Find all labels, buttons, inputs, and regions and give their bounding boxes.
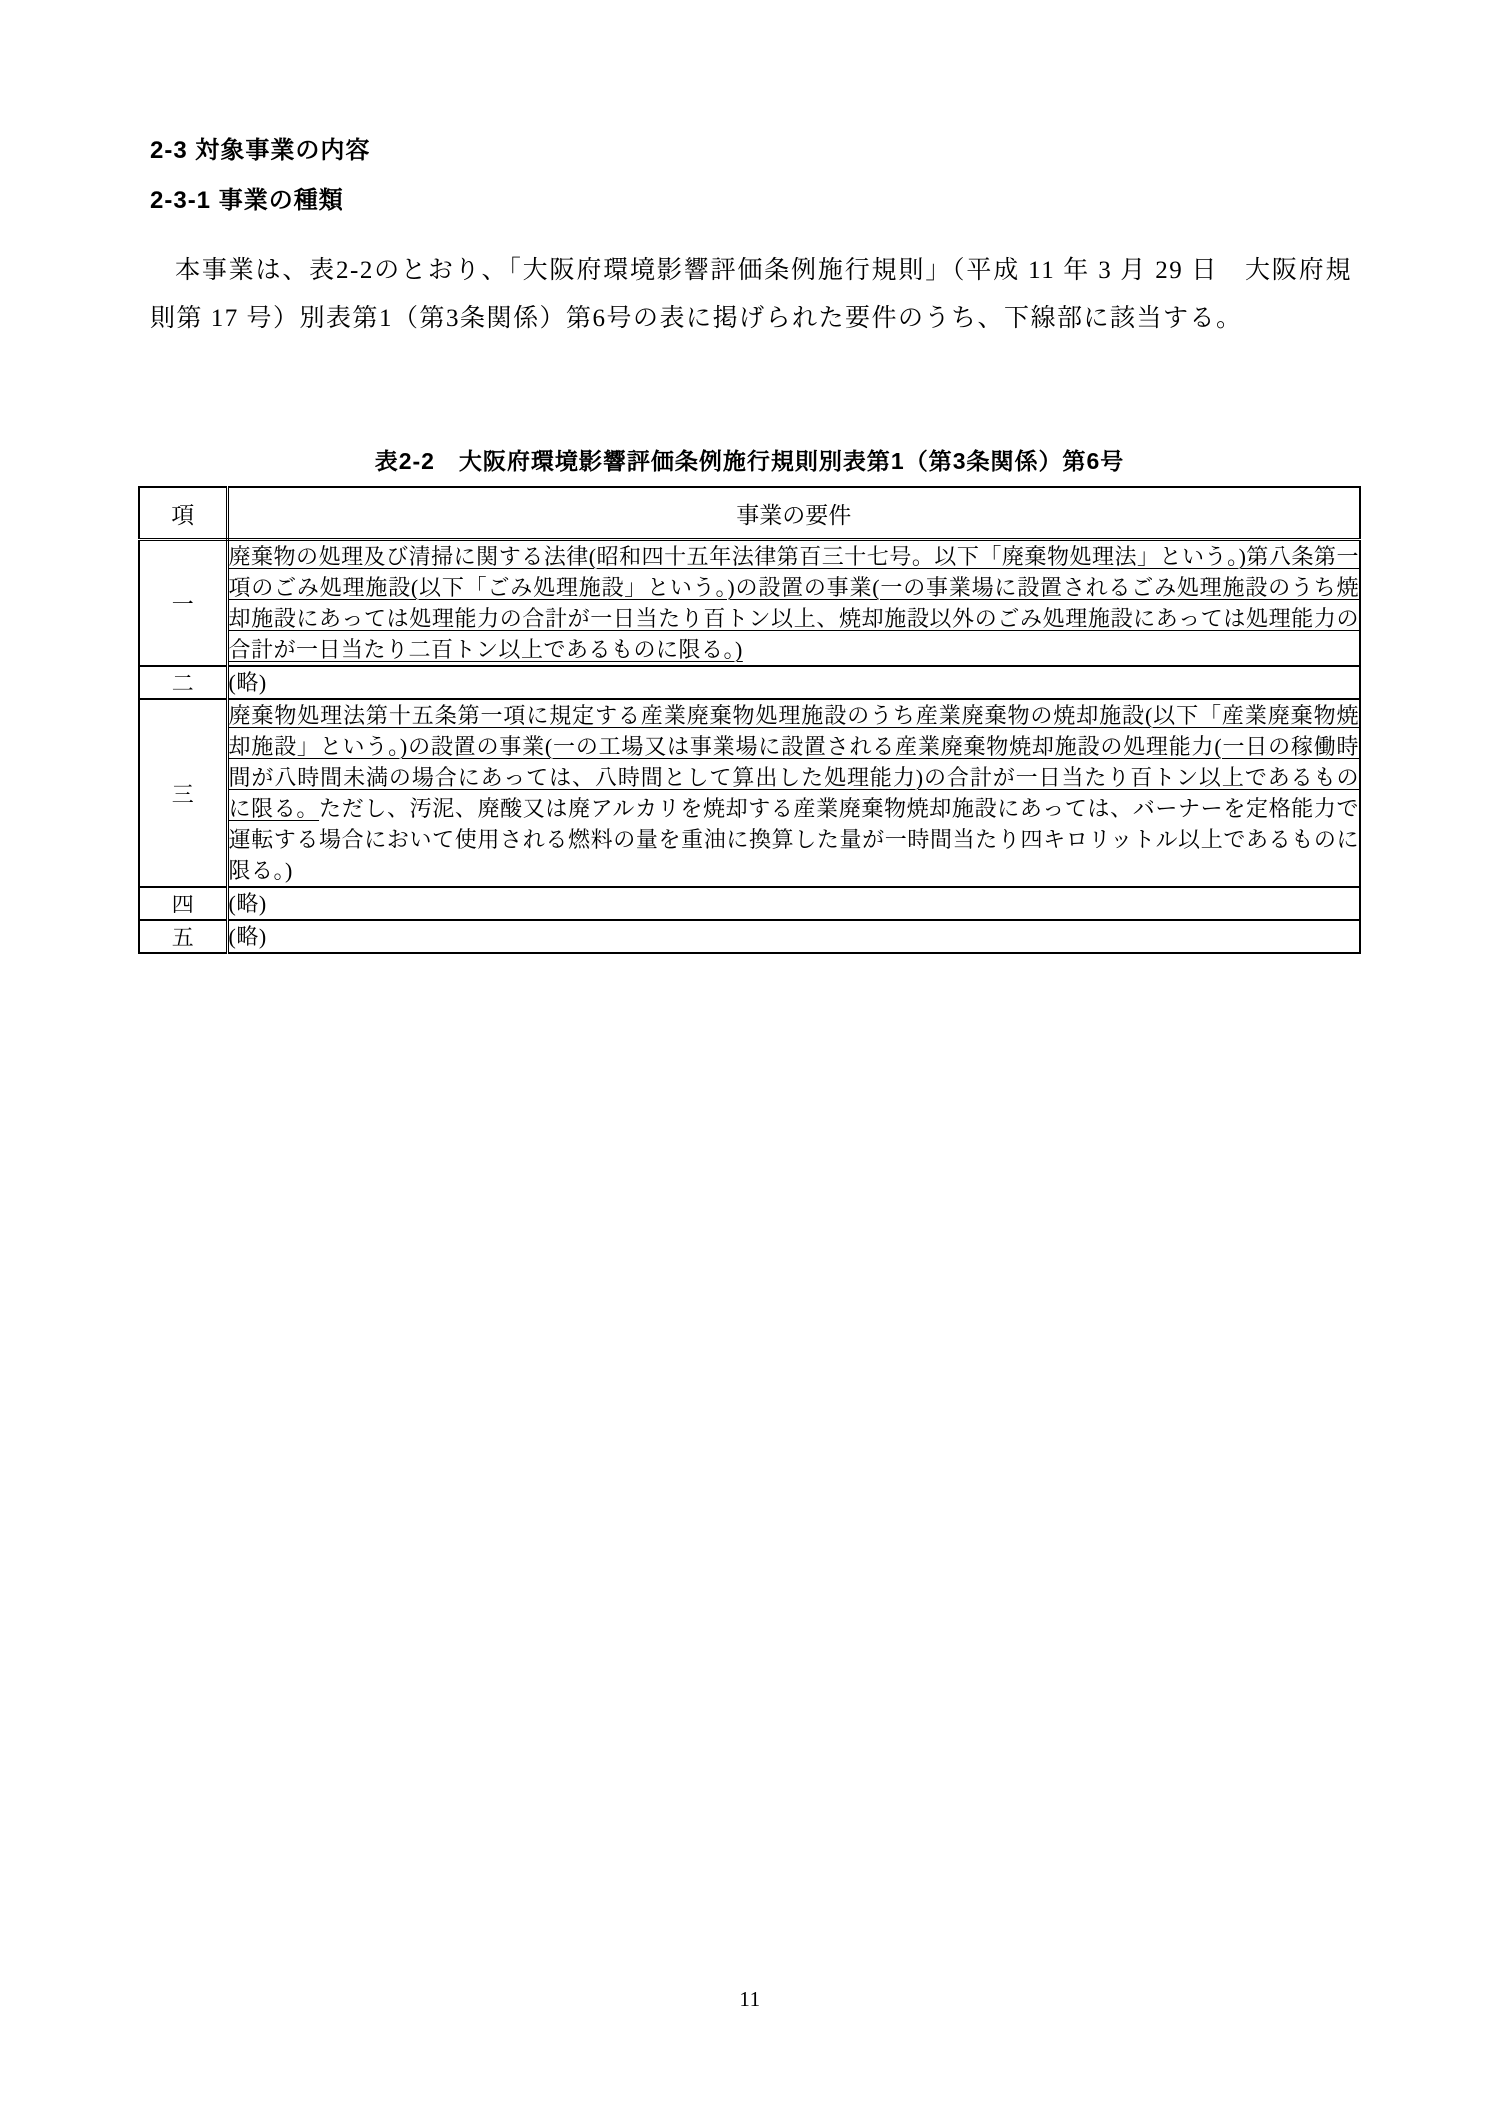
column-header-item: 項 bbox=[139, 487, 227, 540]
document-page: 2-3 対象事業の内容 2-3-1 事業の種類 本事業は、表2-2のとおり、「大… bbox=[0, 0, 1500, 2122]
subsection-heading: 2-3-1 事業の種類 bbox=[150, 185, 1360, 217]
column-header-requirement: 事業の要件 bbox=[227, 487, 1360, 540]
row-requirement-text: (略) bbox=[227, 887, 1360, 920]
row-requirement-text: 廃棄物処理法第十五条第一項に規定する産業廃棄物処理施設のうち産業廃棄物の焼却施設… bbox=[227, 699, 1360, 887]
table-row: 三廃棄物処理法第十五条第一項に規定する産業廃棄物処理施設のうち産業廃棄物の焼却施… bbox=[139, 699, 1360, 887]
row-requirement-text: (略) bbox=[227, 666, 1360, 699]
body-paragraph: 本事業は、表2-2のとおり、「大阪府環境影響評価条例施行規則」（平成 11 年 … bbox=[150, 247, 1352, 343]
table-row: 二(略) bbox=[139, 666, 1360, 699]
row-requirement-text: 廃棄物の処理及び清掃に関する法律(昭和四十五年法律第百三十七号。以下「廃棄物処理… bbox=[227, 540, 1360, 667]
table-row: 四(略) bbox=[139, 887, 1360, 920]
row-item-label: 四 bbox=[139, 887, 227, 920]
row-item-label: 二 bbox=[139, 666, 227, 699]
row-item-label: 五 bbox=[139, 920, 227, 953]
row-requirement-text: (略) bbox=[227, 920, 1360, 953]
section-heading: 2-3 対象事業の内容 bbox=[150, 135, 1360, 167]
page-number: 11 bbox=[0, 1987, 1500, 2012]
table-row: 五(略) bbox=[139, 920, 1360, 953]
table-row: 一廃棄物の処理及び清掃に関する法律(昭和四十五年法律第百三十七号。以下「廃棄物処… bbox=[139, 540, 1360, 667]
requirements-table: 項 事業の要件 一廃棄物の処理及び清掃に関する法律(昭和四十五年法律第百三十七号… bbox=[138, 486, 1361, 954]
row-item-label: 三 bbox=[139, 699, 227, 887]
table-title: 表2-2 大阪府環境影響評価条例施行規則別表第1（第3条関係）第6号 bbox=[138, 443, 1361, 476]
table-header-row: 項 事業の要件 bbox=[139, 487, 1360, 540]
row-item-label: 一 bbox=[139, 540, 227, 667]
